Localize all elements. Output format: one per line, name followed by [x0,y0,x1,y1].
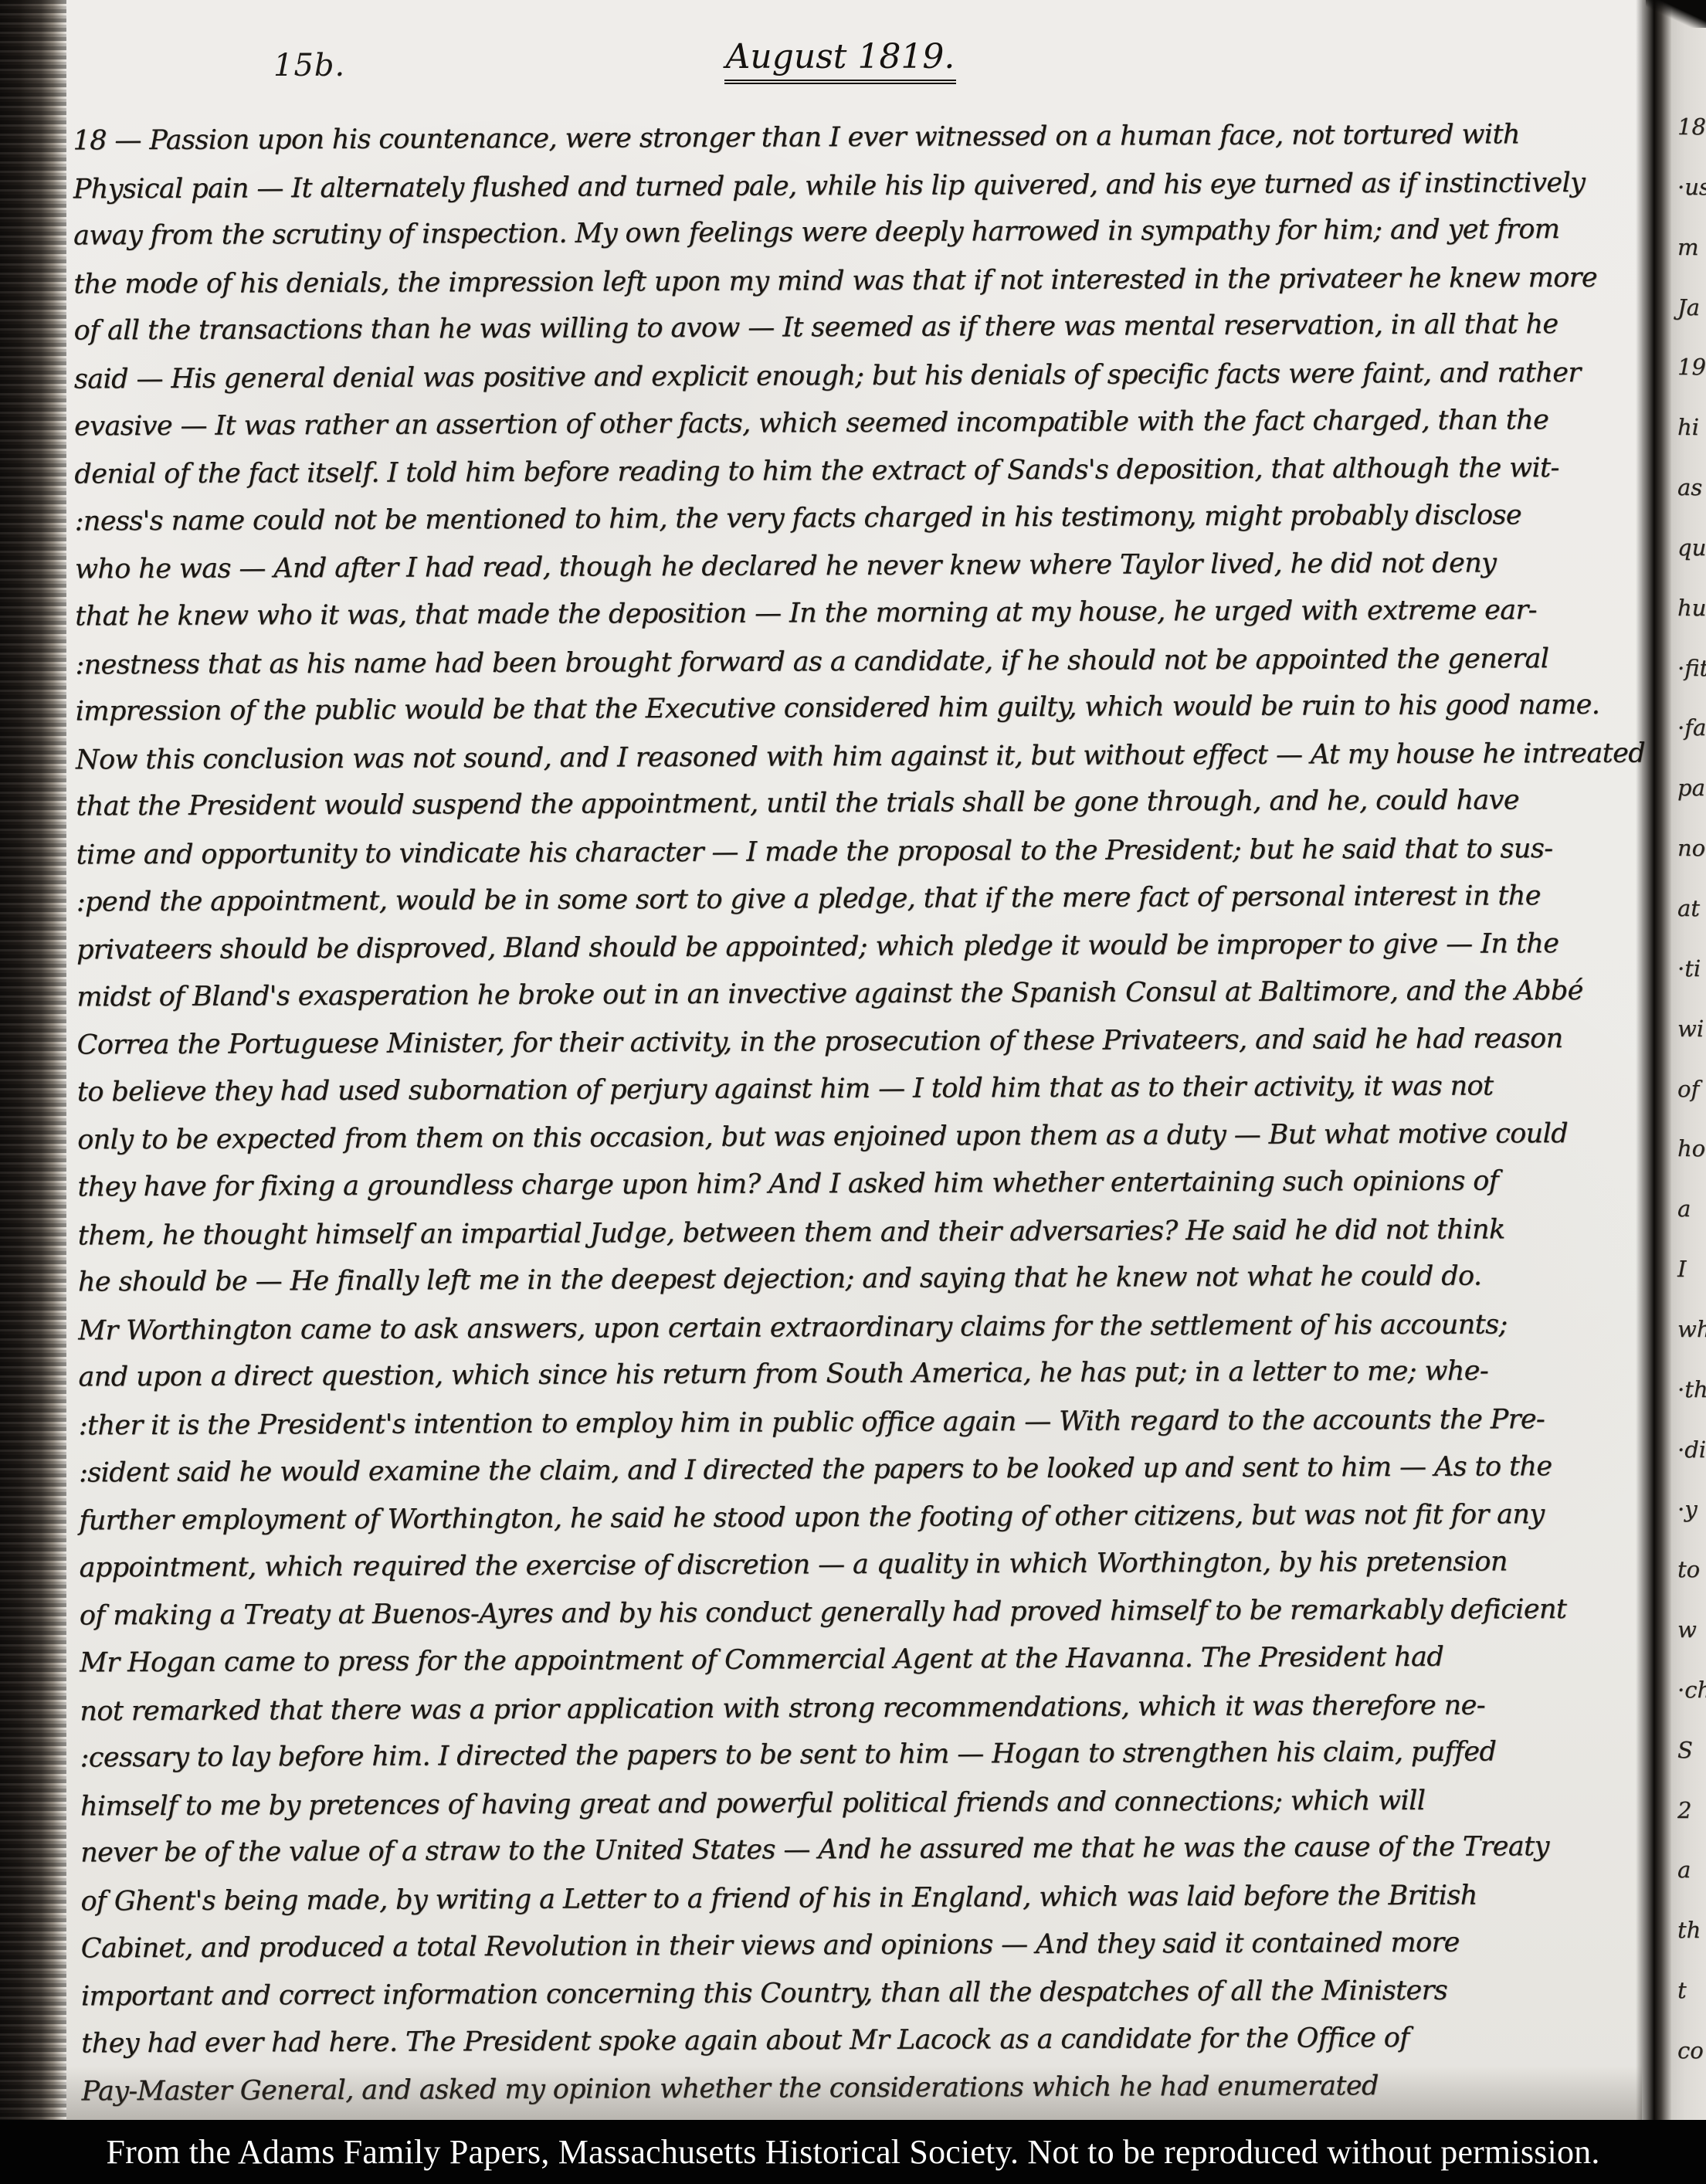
margin-fragment: 18— [1677,116,1706,138]
manuscript-line: away from the scrutiny of inspection. My… [73,206,1629,260]
manuscript-line: himself to me by pretences of having gre… [80,1776,1636,1830]
margin-fragment: w [1677,1619,1706,1641]
manuscript-scan: { "page": { "page_number": "15b.", "head… [0,0,1706,2184]
manuscript-line: to believe they had used subornation of … [77,1062,1633,1116]
margin-fragment: hi [1677,416,1706,439]
facing-page-text-fragments: 18—·usmJa19hiasquhu·fit·fapanoat S·tiwio… [1677,116,1706,2062]
page-gutter-shadow [1636,0,1671,2120]
margin-fragment: th [1677,1919,1706,1942]
manuscript-line: Now this conclusion was not sound, and I… [76,730,1631,784]
book-binding-edge [0,0,66,2120]
margin-fragment: pa [1677,777,1706,799]
manuscript-line: never be of the value of a straw to the … [80,1823,1636,1877]
manuscript-line: :sident said he would examine the claim,… [79,1443,1634,1497]
manuscript-line: :cessary to lay before him. I directed t… [80,1728,1636,1782]
manuscript-line: :ness's name could not be mentioned to h… [75,491,1630,545]
manuscript-line: not remarked that there was a prior appl… [80,1681,1635,1735]
margin-fragment: m [1677,236,1706,259]
manuscript-line: privateers should be disproved, Bland sh… [76,921,1632,975]
manuscript-line: said — His general denial was positive a… [74,350,1630,404]
manuscript-line: Mr Hogan came to press for the appointme… [80,1633,1635,1687]
manuscript-page: 15b. August 1819. 18 — Passion upon his … [66,0,1642,2120]
margin-fragment: ·us [1677,176,1706,198]
credit-text: From the Adams Family Papers, Massachuse… [106,2132,1599,2172]
manuscript-line: Correa the Portuguese Minister, for thei… [76,1016,1632,1070]
manuscript-line: impression of the public would be that t… [76,682,1631,736]
margin-fragment: a [1677,1859,1706,1881]
page-number: 15b. [273,48,345,83]
manuscript-line: and upon a direct question, which since … [78,1348,1633,1402]
manuscript-line: who he was — And after I had read, thoug… [75,540,1630,594]
manuscript-line: appointment, which required the exercise… [79,1538,1634,1592]
margin-fragment: qu [1677,537,1706,559]
manuscript-line: 18 — Passion upon his countenance, were … [73,111,1628,165]
manuscript-line: only to be expected from them on this oc… [77,1111,1633,1165]
facing-page-sliver: 18—·usmJa19hiasquhu·fit·fapanoat S·tiwio… [1671,0,1706,2120]
manuscript-line: important and correct information concer… [81,1967,1636,2021]
manuscript-line: of all the transactions than he was will… [73,301,1629,355]
manuscript-text-block: 18 — Passion upon his countenance, were … [73,111,1636,2116]
manuscript-line: that he knew who it was, that made the d… [75,587,1630,641]
manuscript-line: :ther it is the President's intention to… [79,1396,1634,1450]
credit-bar: From the Adams Family Papers, Massachuse… [0,2120,1706,2184]
margin-fragment: 19 [1677,356,1706,378]
margin-fragment: ·ch [1677,1679,1706,1701]
manuscript-line: that the President would suspend the app… [76,777,1631,831]
margin-fragment: hu [1677,597,1706,619]
manuscript-line: they had ever had here. The President sp… [81,2013,1636,2067]
margin-fragment: ·di [1677,1439,1706,1461]
margin-fragment: ·fa [1677,717,1706,739]
manuscript-line: :pend the appointment, would be in some … [76,872,1632,926]
manuscript-line: Mr Worthington came to ask answers, upon… [78,1301,1633,1355]
margin-fragment: wi [1677,1018,1706,1040]
entry-date-header: August 1819. [724,37,956,84]
margin-fragment: to [1677,1558,1706,1581]
manuscript-line: of Ghent's being made, by writing a Lett… [80,1872,1636,1926]
margin-fragment: ho [1677,1138,1706,1160]
manuscript-line: Physical pain — It alternately flushed a… [73,159,1629,213]
manuscript-line: further employment of Worthington, he sa… [79,1491,1634,1545]
margin-fragment: Ja [1677,297,1706,319]
margin-fragment: no [1677,837,1706,860]
margin-fragment: I [1677,1258,1706,1280]
manuscript-line: time and opportunity to vindicate his ch… [76,826,1631,880]
margin-fragment: ·ti [1677,958,1706,980]
margin-fragment: ·fit [1677,657,1706,680]
margin-fragment: a [1677,1198,1706,1220]
margin-fragment: ·y [1677,1498,1706,1521]
manuscript-line: he should be — He finally left me in the… [78,1253,1633,1307]
manuscript-line: they have for fixing a groundless charge… [77,1158,1633,1212]
margin-fragment: 2 [1677,1799,1706,1822]
manuscript-line: the mode of his denials, the impression … [73,254,1629,308]
photo-corner-shadow [1646,0,1706,28]
manuscript-line: denial of the fact itself. I told him be… [74,445,1630,499]
margin-fragment: wh [1677,1318,1706,1341]
margin-fragment: ·th [1677,1379,1706,1401]
margin-fragment: at S [1677,897,1706,920]
manuscript-line: midst of Bland's exasperation he broke o… [76,967,1632,1021]
margin-fragment: co [1677,2040,1706,2062]
manuscript-line: :nestness that as his name had been brou… [75,635,1630,689]
page-bottom-shadow [66,2066,1642,2120]
manuscript-line: evasive — It was rather an assertion of … [74,396,1630,450]
manuscript-line: Cabinet, and produced a total Revolution… [81,1918,1636,1972]
margin-fragment: of [1677,1078,1706,1100]
margin-fragment: as [1677,476,1706,499]
manuscript-line: them, he thought himself an impartial Ju… [78,1206,1633,1260]
margin-fragment: S [1677,1739,1706,1762]
manuscript-line: of making a Treaty at Buenos-Ayres and b… [80,1586,1635,1640]
margin-fragment: t [1677,1979,1706,2002]
